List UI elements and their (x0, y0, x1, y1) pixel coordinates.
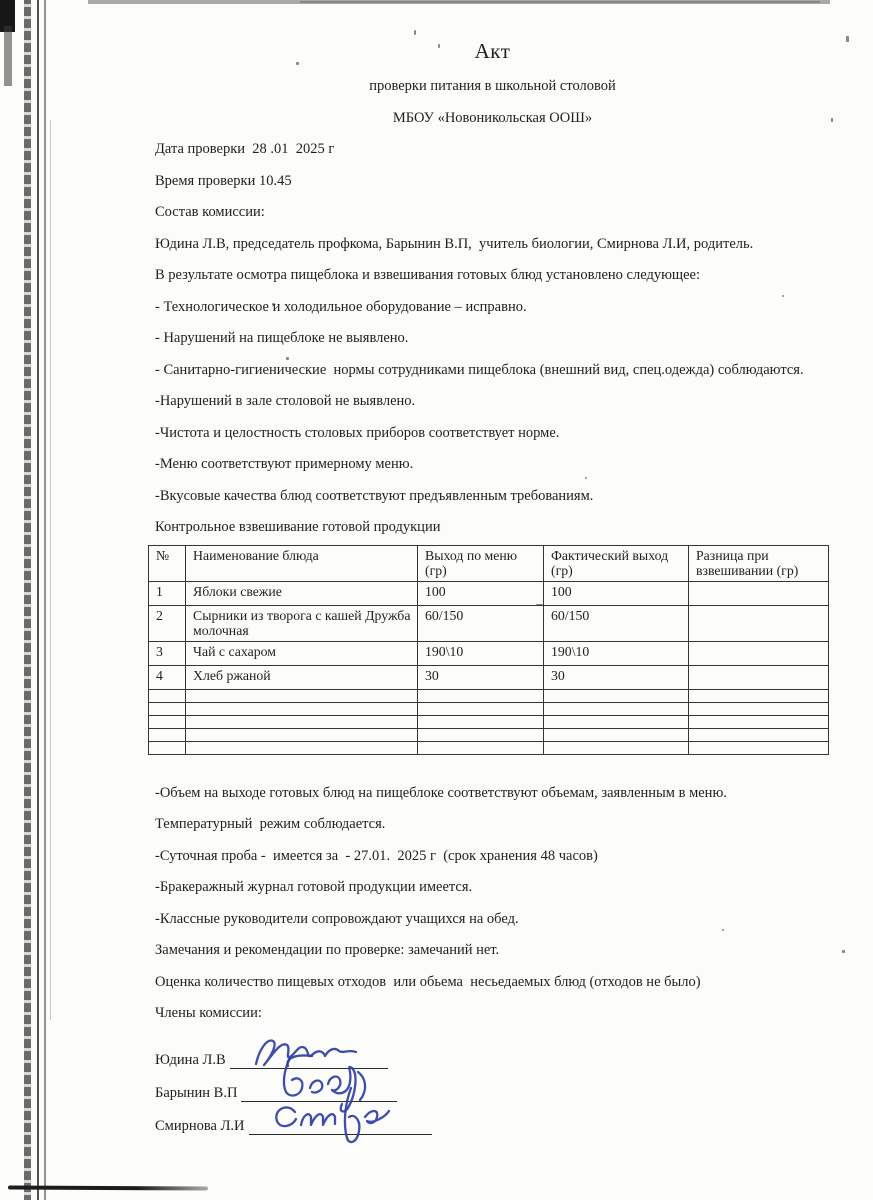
table-cell (149, 689, 186, 702)
col-header-dish: Наименование блюда (186, 545, 418, 581)
scanned-document-page: Акт проверки питания в школьной столовой… (0, 0, 873, 1200)
commission-members: Юдина Л.В, председатель профкома, Барыни… (155, 236, 830, 253)
table-cell (186, 702, 418, 715)
finding-item: - Технологическое и холодильное оборудов… (155, 299, 830, 316)
table-cell: Сырники из творога с кашей Дружба молочн… (186, 605, 418, 641)
date-line: Дата проверки 28 .01 2025 г (155, 141, 830, 158)
signature-yudina-autograph (248, 1030, 368, 1072)
table-cell: 1 (149, 581, 186, 605)
table-cell (186, 728, 418, 741)
table-cell (418, 728, 544, 741)
doc-org-name: МБОУ «Новоникольская ООШ» (155, 110, 830, 127)
table-cell (149, 702, 186, 715)
table-cell (544, 702, 689, 715)
signature-line (230, 1048, 388, 1069)
signature-row: Юдина Л.В (155, 1036, 830, 1069)
doc-title: Акт (155, 40, 830, 62)
weighing-caption: Контрольное взвешивание готовой продукци… (155, 519, 830, 536)
table-cell (186, 741, 418, 754)
scan-binding-streak (37, 0, 39, 1200)
signature-row: Смирнова Л.И (155, 1102, 830, 1135)
conclusion-item: Температурный режим соблюдается. (155, 816, 830, 833)
scan-corner-tail (4, 26, 12, 86)
table-cell (544, 715, 689, 728)
conclusion-item: -Классные руководители сопровождают учащ… (155, 911, 830, 928)
table-cell: Яблоки свежие (186, 581, 418, 605)
col-header-menu-output: Выход по меню (гр) (418, 545, 544, 581)
table-cell (418, 715, 544, 728)
conclusion-item: Оценка количество пищевых отходов или об… (155, 974, 830, 991)
signature-line (241, 1081, 397, 1102)
finding-item: -Нарушений в зале столовой не выявлено. (155, 393, 830, 410)
document-content: Акт проверки питания в школьной столовой… (155, 34, 830, 1135)
scan-binding-streak (44, 0, 46, 1200)
table-cell: 100 (544, 581, 689, 605)
finding-item: -Вкусовые качества блюд соответствуют пр… (155, 488, 830, 505)
table-row: 3 Чай с сахаром 190\10 190\10 (149, 641, 829, 665)
table-cell: 60/150 (418, 605, 544, 641)
conclusion-item: Замечания и рекомендации по проверке: за… (155, 942, 830, 959)
table-row-empty (149, 689, 829, 702)
table-cell: 30 (544, 665, 689, 689)
finding-item: - Нарушений на пищеблоке не выявлено. (155, 330, 830, 347)
finding-item: - Санитарно-гигиенические нормы сотрудни… (155, 362, 830, 379)
table-cell (689, 581, 829, 605)
table-row: 4 Хлеб ржаной 30 30 (149, 665, 829, 689)
table-row: 2 Сырники из творога с кашей Дружба моло… (149, 605, 829, 641)
table-cell (418, 741, 544, 754)
table-cell: 190\10 (418, 641, 544, 665)
finding-item: -Чистота и целостность столовых приборов… (155, 425, 830, 442)
scan-binding-streak (24, 0, 31, 1200)
table-cell (689, 689, 829, 702)
table-cell (689, 641, 829, 665)
signature-row: Барынин В.П (155, 1069, 830, 1102)
time-line: Время проверки 10.45 (155, 173, 830, 190)
scan-top-band (300, 1, 820, 3)
table-row-empty (149, 715, 829, 728)
table-cell (689, 665, 829, 689)
col-header-actual-output: Фактический выход (гр) (544, 545, 689, 581)
finding-item: -Меню соответствуют примерному меню. (155, 456, 830, 473)
table-cell (544, 728, 689, 741)
table-cell (544, 689, 689, 702)
table-cell: Хлеб ржаной (186, 665, 418, 689)
result-intro: В результате осмотра пищеблока и взвешив… (155, 267, 830, 284)
table-cell: 3 (149, 641, 186, 665)
table-cell (689, 728, 829, 741)
table-row-empty (149, 741, 829, 754)
signature-name: Юдина Л.В (155, 1052, 226, 1069)
table-cell (186, 689, 418, 702)
table-cell (689, 605, 829, 641)
table-cell: 4 (149, 665, 186, 689)
commission-header: Состав комиссии: (155, 204, 830, 221)
table-cell (149, 715, 186, 728)
table-cell (149, 728, 186, 741)
signature-line (249, 1114, 432, 1135)
table-cell (418, 702, 544, 715)
scan-speck (846, 36, 849, 42)
table-cell (689, 702, 829, 715)
scan-binding-streak (50, 120, 51, 1020)
table-cell: 190\10 (544, 641, 689, 665)
signatures-block: Юдина Л.В Барынин В.П (155, 1036, 830, 1135)
table-cell: Чай с сахаром (186, 641, 418, 665)
col-header-number: № (149, 545, 186, 581)
conclusion-item: -Бракеражный журнал готовой продукции им… (155, 879, 830, 896)
table-cell (418, 689, 544, 702)
table-header-row: № Наименование блюда Выход по меню (гр) … (149, 545, 829, 581)
table-row-empty (149, 702, 829, 715)
table-cell: 60/150 (544, 605, 689, 641)
table-row: 1 Яблоки свежие 100 100 (149, 581, 829, 605)
signatures-header: Члены комиссии: (155, 1005, 830, 1022)
signature-name: Смирнова Л.И (155, 1118, 245, 1135)
table-cell: 100 (418, 581, 544, 605)
scan-speck (842, 950, 845, 953)
col-header-difference: Разница при взвешивании (гр) (689, 545, 829, 581)
doc-subtitle: проверки питания в школьной столовой (155, 78, 830, 95)
scan-speck (831, 118, 833, 122)
table-cell (689, 741, 829, 754)
table-cell: 30 (418, 665, 544, 689)
conclusion-item: -Суточная проба - имеется за - 27.01. 20… (155, 848, 830, 865)
table-cell (149, 741, 186, 754)
table-cell (544, 741, 689, 754)
table-cell: 2 (149, 605, 186, 641)
signature-name: Барынин В.П (155, 1085, 237, 1102)
table-cell (186, 715, 418, 728)
table-cell (689, 715, 829, 728)
conclusions-section: -Объем на выходе готовых блюд на пищебло… (155, 785, 830, 1022)
table-row-empty (149, 728, 829, 741)
weighing-table: № Наименование блюда Выход по меню (гр) … (148, 545, 829, 755)
conclusion-item: -Объем на выходе готовых блюд на пищебло… (155, 785, 830, 802)
